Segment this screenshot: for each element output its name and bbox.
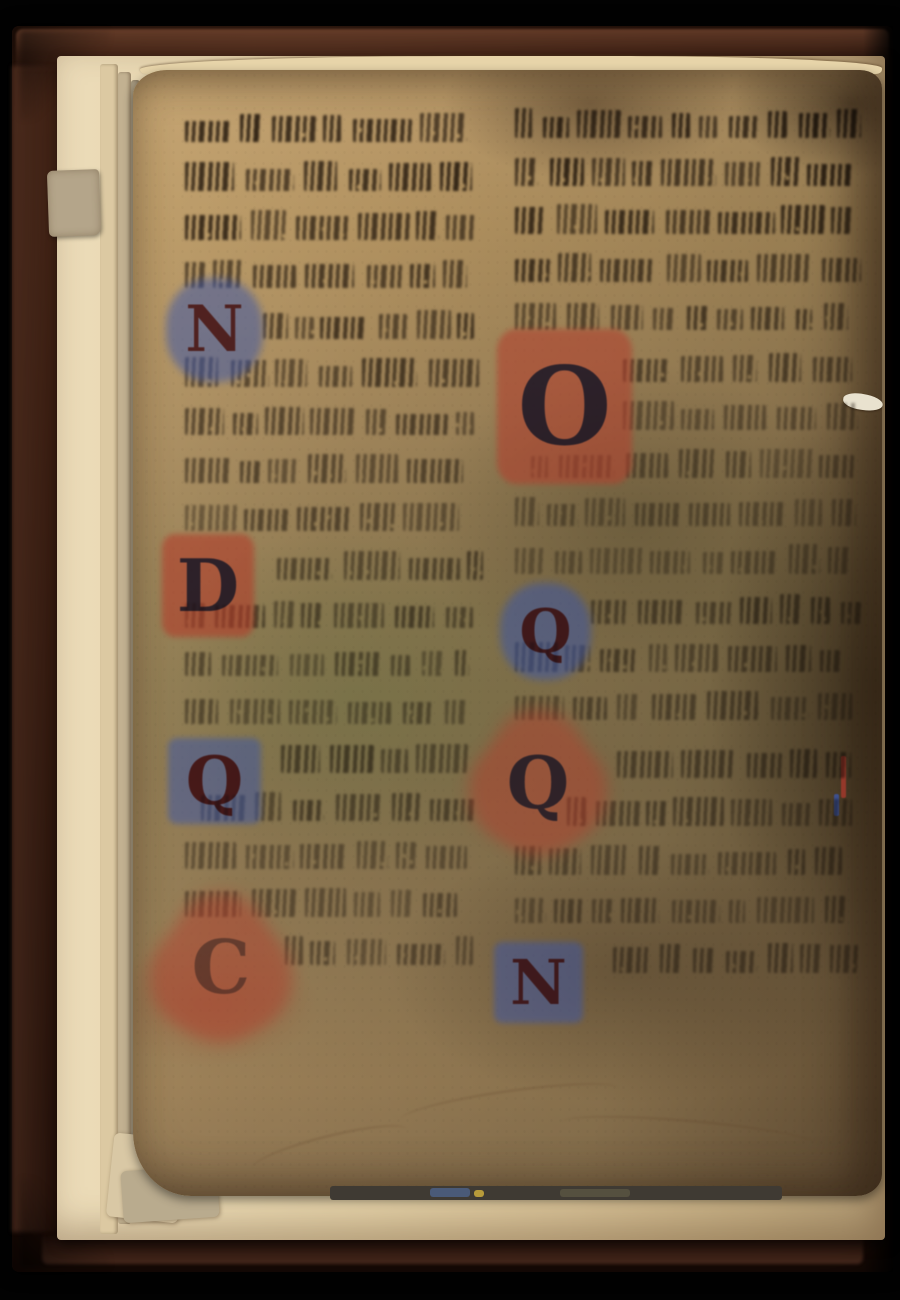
bookmark-tab	[47, 169, 101, 237]
fore-edge-leaf-strip	[118, 72, 131, 1224]
marginal-pen-mark	[834, 794, 839, 816]
underleaf-illumination-fragment	[560, 1189, 630, 1197]
marginal-pen-mark	[841, 756, 846, 798]
photo-backdrop: NDQCOQQN	[0, 0, 900, 1300]
fore-edge-leaf-strip	[100, 64, 118, 1234]
underleaf-illumination-fragment	[430, 1188, 470, 1197]
underleaf-illumination-fragment	[474, 1190, 484, 1197]
underleaf-bottom-edge	[330, 1186, 782, 1200]
parchment-page	[133, 70, 882, 1196]
parchment-grain	[133, 70, 882, 1196]
